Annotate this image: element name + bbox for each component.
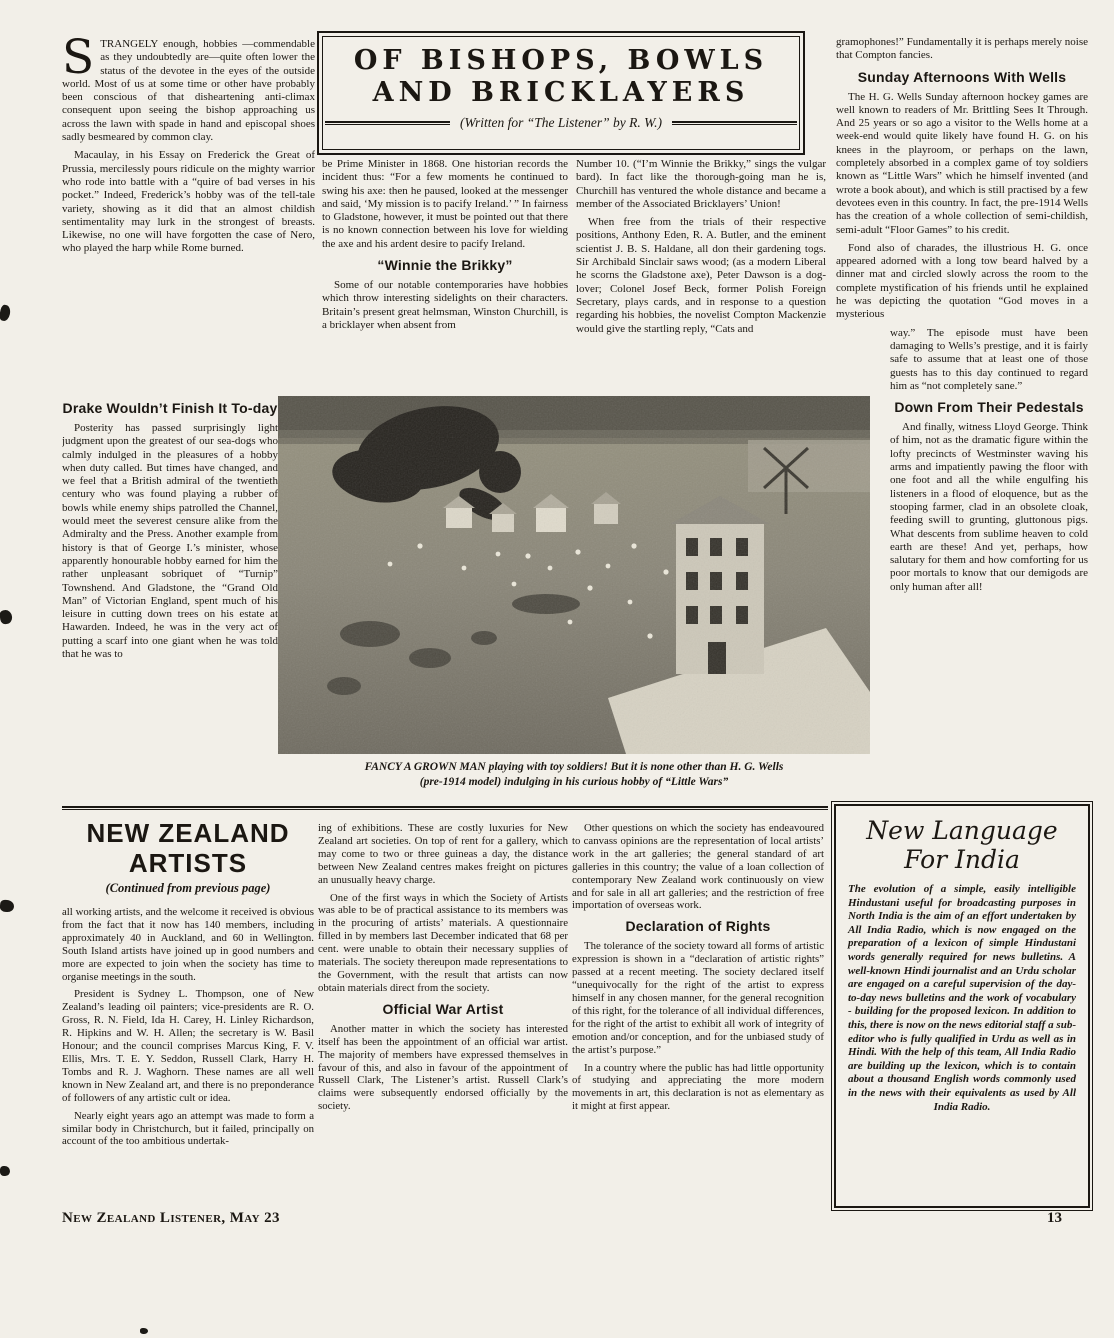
artists-column-1: NEW ZEALAND ARTISTS (Continued from prev…: [62, 818, 314, 1208]
paragraph: Other questions on which the society has…: [572, 822, 824, 912]
photo-caption: FANCY A GROWN MAN playing with toy soldi…: [280, 760, 868, 790]
paragraph: The tolerance of the society toward all …: [572, 940, 824, 1056]
photo-wrap-indent-block: way.” The episode must have been damagin…: [890, 327, 1088, 594]
paragraph: The H. G. Wells Sunday afternoon hockey …: [836, 91, 1088, 237]
byline-row: (Written for “The Listener” by R. W.): [325, 115, 797, 131]
lead-column-3: Number 10. (“I’m Winnie the Brikky,” sin…: [576, 158, 826, 396]
ink-smudge: [0, 899, 14, 912]
paragraph-text: TRANGELY enough, hobbies —commendable as…: [62, 38, 315, 143]
page-number: 13: [1047, 1210, 1062, 1227]
paragraph: STRANGELY enough, hobbies —commendable a…: [62, 38, 315, 144]
paragraph: Fond also of charades, the illustrious H…: [836, 242, 1088, 322]
paragraph: Another matter in which the society has …: [318, 1023, 568, 1113]
artists-subheading: (Continued from previous page): [62, 881, 314, 896]
section-heading-drake: Drake Wouldn’t Finish It To-day: [62, 400, 278, 417]
lead-column-2: be Prime Minister in 1868. One historian…: [322, 158, 568, 394]
magazine-page: STRANGELY enough, hobbies —commendable a…: [0, 0, 1114, 1338]
photo-caption-line2: (pre-1914 model) indulging in his curiou…: [280, 775, 868, 790]
byline-rule-right: [672, 121, 797, 125]
india-box: New Language For India The evolution of …: [834, 804, 1090, 1208]
paragraph: And finally, witness Lloyd George. Think…: [890, 421, 1088, 594]
photo-caption-line1: FANCY A GROWN MAN playing with toy soldi…: [280, 760, 868, 775]
byline: (Written for “The Listener” by R. W.): [450, 115, 672, 131]
paragraph: way.” The episode must have been damagin…: [890, 327, 1088, 393]
paragraph: Number 10. (“I’m Winnie the Brikky,” sin…: [576, 158, 826, 211]
section-heading-sunday-afternoons: Sunday Afternoons With Wells: [836, 69, 1088, 86]
paragraph: be Prime Minister in 1868. One historian…: [322, 158, 568, 251]
lead-column-1-upper: STRANGELY enough, hobbies —commendable a…: [62, 38, 315, 392]
photo-illustration: [278, 396, 870, 754]
paragraph: Posterity has passed surprisingly light …: [62, 422, 278, 661]
india-title-line1: New Language: [848, 816, 1076, 845]
section-heading-declaration-of-rights: Declaration of Rights: [572, 918, 824, 935]
headline-box: OF BISHOPS, BOWLS AND BRICKLAYERS (Writt…: [322, 36, 800, 150]
page-footer: New Zealand Listener, May 23 13: [62, 1210, 1062, 1232]
paragraph: Nearly eight years ago an attempt was ma…: [62, 1110, 314, 1149]
photo-hg-wells-little-wars: [278, 396, 870, 754]
india-body: The evolution of a simple, easily intell…: [848, 883, 1076, 1114]
drop-cap: S: [62, 38, 100, 77]
paragraph: Some of our notable contemporaries have …: [322, 279, 568, 332]
lead-column-1-lower: Drake Wouldn’t Finish It To-day Posterit…: [62, 394, 278, 802]
artists-heading: NEW ZEALAND ARTISTS: [62, 818, 314, 878]
paragraph: gramophones!” Fundamentally it is perhap…: [836, 36, 1088, 63]
artists-column-2: ing of exhibitions. These are costly lux…: [318, 822, 568, 1208]
paragraph: Macaulay, in his Essay on Frederick the …: [62, 149, 315, 255]
article-title-line1: OF BISHOPS, BOWLS: [323, 45, 799, 77]
photo-grain: [278, 396, 870, 754]
byline-rule-left: [325, 121, 450, 125]
paragraph: In a country where the public has had li…: [572, 1062, 824, 1114]
ink-smudge: [0, 609, 13, 625]
lead-column-4: gramophones!” Fundamentally it is perhap…: [836, 36, 1088, 808]
section-heading-winnie-the-brikky: “Winnie the Brikky”: [322, 257, 568, 274]
section-heading-official-war-artist: Official War Artist: [318, 1001, 568, 1018]
ink-smudge: [0, 304, 12, 322]
india-title-line2: For India: [848, 845, 1076, 874]
paragraph: President is Sydney L. Thompson, one of …: [62, 988, 314, 1104]
article-title-line2: AND BRICKLAYERS: [323, 77, 799, 109]
section-heading-down-from-pedestals: Down From Their Pedestals: [890, 399, 1088, 416]
ink-smudge: [0, 1166, 10, 1176]
paragraph: all working artists, and the welcome it …: [62, 906, 314, 983]
artists-column-3: Other questions on which the society has…: [572, 822, 824, 1208]
paragraph: One of the first ways in which the Socie…: [318, 892, 568, 995]
journal-title-footer: New Zealand Listener, May 23: [62, 1210, 280, 1227]
ink-smudge: [140, 1328, 148, 1334]
paragraph: When free from the trials of their respe…: [576, 216, 826, 336]
paragraph: ing of exhibitions. These are costly lux…: [318, 822, 568, 887]
section-divider-rule: [62, 806, 828, 810]
